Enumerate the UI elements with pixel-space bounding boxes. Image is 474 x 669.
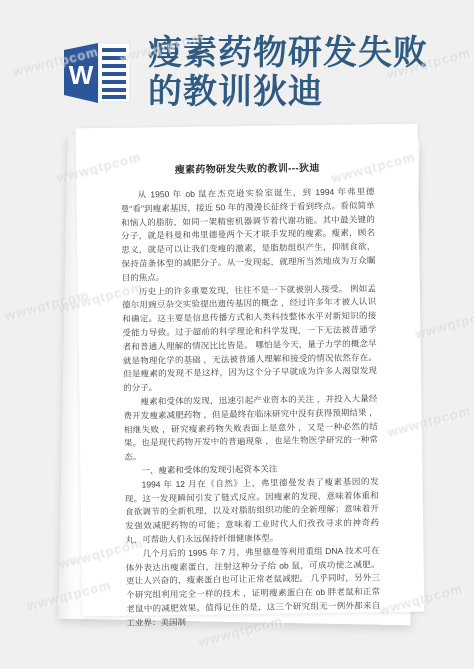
page-background: W 瘦素药物研发失败 的教训狄迪 瘦素药物研发失败的教训---狄迪 从 1950…: [0, 0, 474, 669]
page-title-line1: 瘦素药物研发失败: [148, 34, 428, 73]
header: W 瘦素药物研发失败 的教训狄迪: [62, 34, 428, 112]
page-title: 瘦素药物研发失败 的教训狄迪: [148, 34, 428, 112]
paragraph-5: 几个月后的 1995 年 7 月，弗里德曼等利用重组 DNA 技术可在体外表达出…: [125, 544, 380, 630]
document-title: 瘦素药物研发失败的教训---狄迪: [120, 158, 374, 177]
paragraph-4: 1994 年 12 月在《自然》上，弗里德曼发表了瘦素基因的发现。这一发现瞬间引…: [125, 475, 380, 548]
paragraph-3: 瘦素和受体的发现，迅速引起产业资本的关注 ，并投入大量经费开发瘦素减肥药物 ，但…: [123, 392, 378, 465]
document-preview-page[interactable]: 瘦素药物研发失败的教训---狄迪 从 1950 年 ob 鼠在杰克逊实验室诞生，…: [76, 124, 425, 617]
word-icon-letter: W: [69, 60, 94, 90]
watermark: wwwqtpcom: [414, 305, 474, 342]
document-body: 从 1950 年 ob 鼠在杰克逊实验室诞生，到 1994 年弗里德曼“看”到瘦…: [120, 185, 380, 630]
page-title-line2: 的教训狄迪: [148, 73, 428, 112]
ms-word-icon: W: [62, 40, 134, 106]
paragraph-1: 从 1950 年 ob 鼠在杰克逊实验室诞生，到 1994 年弗里德曼“看”到瘦…: [120, 185, 375, 285]
paragraph-2: 历史上的许多重要发现，往往不是一下就被别人接受。 例如孟德尔用豌豆杂交实验提出遗…: [122, 282, 378, 396]
